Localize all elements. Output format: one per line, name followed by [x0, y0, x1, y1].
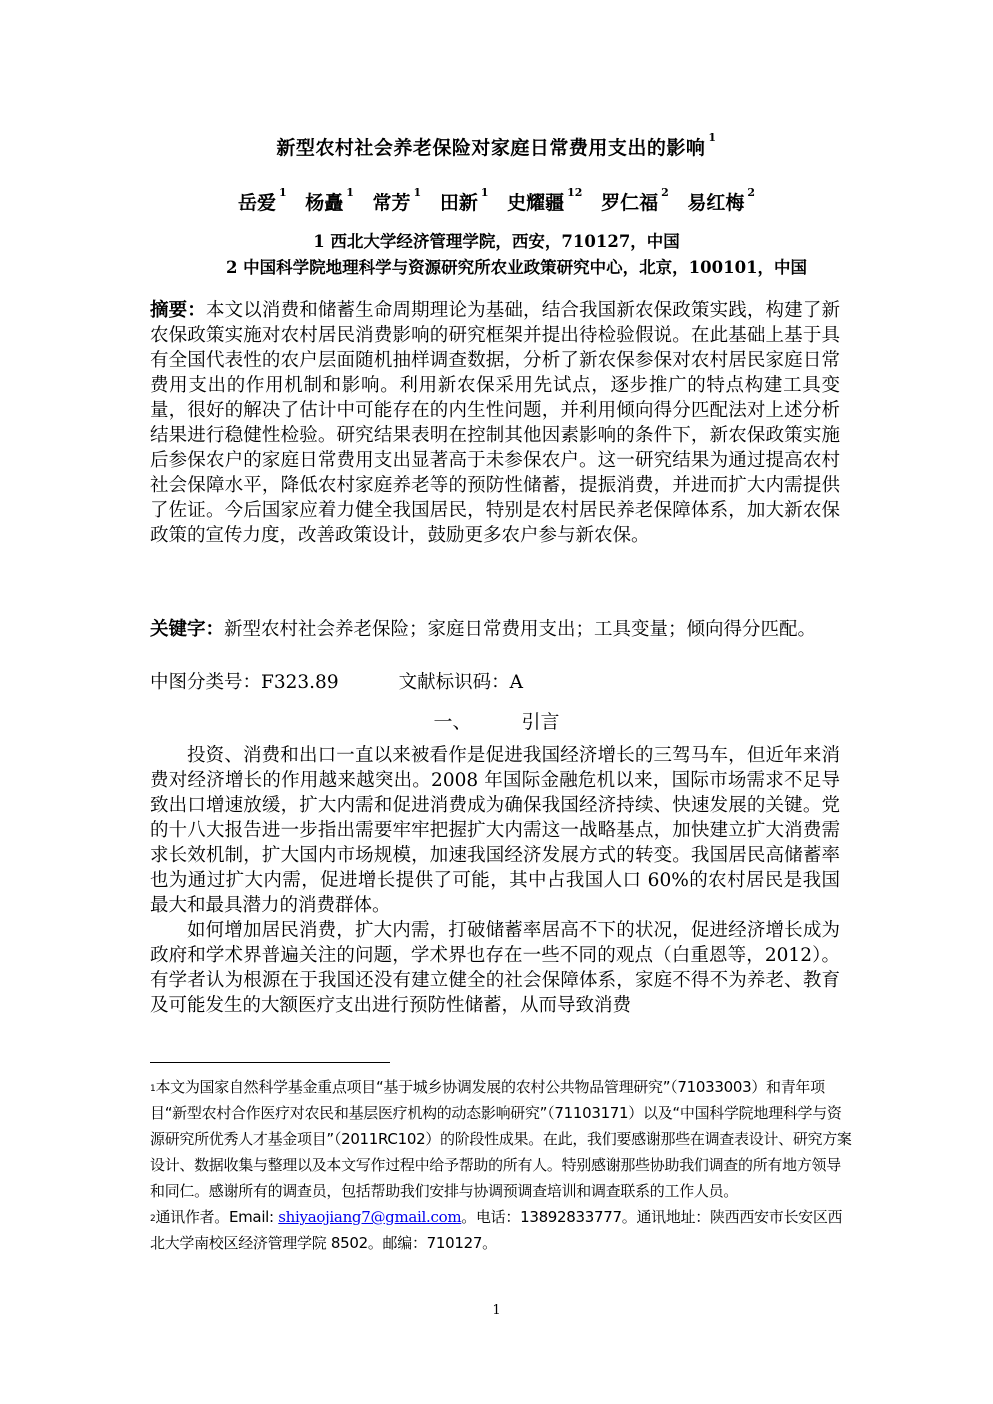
author: 常芳1: [373, 188, 422, 215]
keywords: 关键字：新型农村社会养老保险；家庭日常费用支出；工具变量；倾向得分匹配。: [150, 617, 840, 642]
affiliation-mark: 12: [567, 186, 582, 199]
doc-code-label: 文献标识码：: [399, 672, 510, 693]
footnotes: 1本文为国家自然科学基金重点项目“基于城乡协调发展的农村公共物品管理研究”（71…: [150, 1074, 855, 1256]
affiliation-mark: 1: [279, 186, 287, 199]
title-footnote-mark[interactable]: 1: [708, 131, 716, 144]
paragraph: 如何增加居民消费，扩大内需，打破储蓄率居高不下的状况，促进经济增长成为政府和学术…: [150, 918, 840, 1018]
author: 田新1: [440, 188, 489, 215]
keywords-label: 关键字：: [150, 619, 224, 640]
author-list: 岳爱1 杨矗1 常芳1 田新1 史耀疆12 罗仁福2 易红梅2: [0, 188, 993, 215]
footnote-1-text: 本文为国家自然科学基金重点项目“基于城乡协调发展的农村公共物品管理研究”（710…: [150, 1078, 852, 1200]
affiliation-mark: 1: [414, 186, 422, 199]
section-title: 引言: [522, 711, 560, 733]
footnote-separator: [150, 1062, 390, 1063]
footnote-1: 1本文为国家自然科学基金重点项目“基于城乡协调发展的农村公共物品管理研究”（71…: [150, 1074, 855, 1204]
affiliation-mark: 1: [481, 186, 489, 199]
paragraph: 投资、消费和出口一直以来被看作是促进我国经济增长的三驾马车，但近年来消费对经济增…: [150, 743, 840, 918]
abstract-label: 摘要：: [150, 300, 206, 321]
author: 罗仁福2: [601, 188, 669, 215]
author: 易红梅2: [687, 188, 755, 215]
section-number: 一、: [433, 711, 471, 733]
footnote-2: 2通讯作者。Email: shiyaojiang7@gmail.com。电话：1…: [150, 1204, 855, 1256]
clc-label: 中图分类号：: [150, 672, 261, 693]
footnote-2-prefix: 通讯作者。Email:: [155, 1208, 278, 1226]
clc-value: F323.89: [261, 672, 339, 693]
paper-title: 新型农村社会养老保险对家庭日常费用支出的影响1: [0, 133, 993, 160]
doc-code-value: A: [510, 672, 523, 693]
document-page: 新型农村社会养老保险对家庭日常费用支出的影响1 岳爱1 杨矗1 常芳1 田新1 …: [0, 0, 993, 1404]
author: 杨矗1: [305, 188, 354, 215]
affiliation-mark: 2: [661, 186, 669, 199]
affiliation-2: 2 中国科学院地理科学与资源研究所农业政策研究中心，北京，100101，中国: [20, 254, 993, 278]
abstract: 摘要：本文以消费和储蓄生命周期理论为基础，结合我国新农保政策实践，构建了新农保政…: [150, 298, 840, 548]
title-text: 新型农村社会养老保险对家庭日常费用支出的影响: [276, 137, 705, 159]
keywords-text: 新型农村社会养老保险；家庭日常费用支出；工具变量；倾向得分匹配。: [224, 619, 816, 640]
introduction-body: 投资、消费和出口一直以来被看作是促进我国经济增长的三驾马车，但近年来消费对经济增…: [150, 743, 840, 1018]
footnote-mark: 1: [150, 1084, 155, 1094]
affiliation-mark: 1: [346, 186, 354, 199]
affiliation-mark: 2: [747, 186, 755, 199]
page-number: 1: [0, 1303, 993, 1318]
footnote-mark: 2: [150, 1214, 155, 1224]
section-heading: 一、引言: [0, 707, 993, 734]
classification-line: 中图分类号：F323.89文献标识码：A: [150, 668, 523, 694]
abstract-text: 本文以消费和储蓄生命周期理论为基础，结合我国新农保政策实践，构建了新农保政策实施…: [150, 300, 840, 546]
author: 岳爱1: [238, 188, 287, 215]
email-link[interactable]: shiyaojiang7@gmail.com: [278, 1208, 461, 1226]
affiliation-1: 1 西北大学经济管理学院，西安，710127，中国: [0, 228, 993, 252]
author: 史耀疆12: [507, 188, 582, 215]
